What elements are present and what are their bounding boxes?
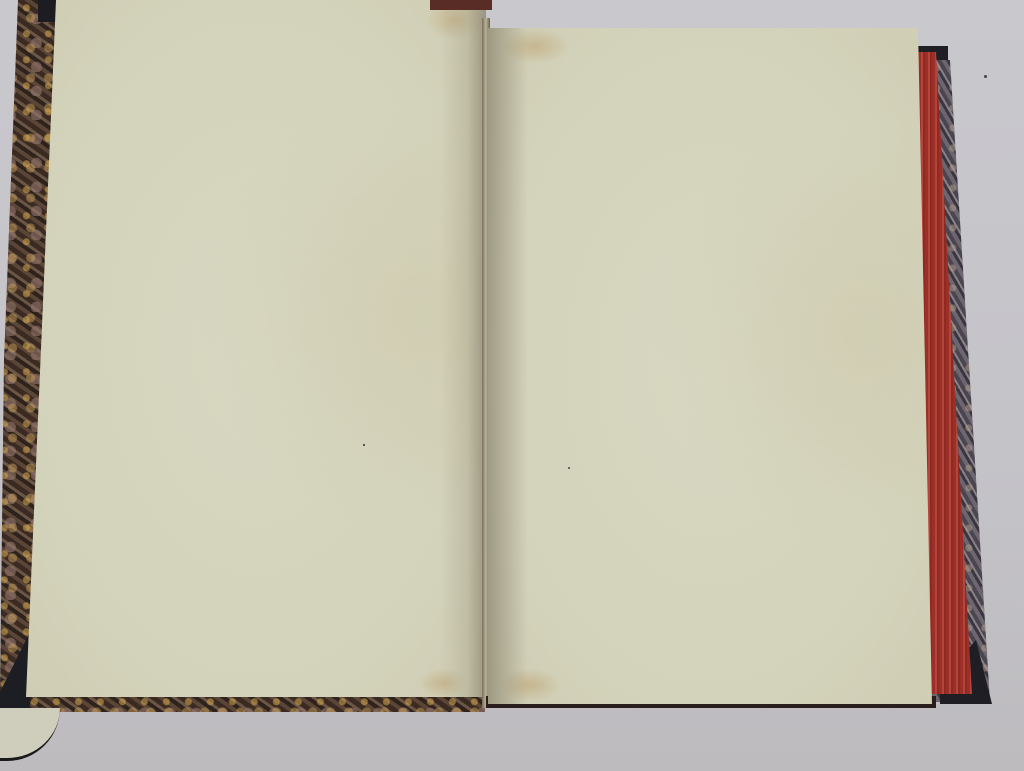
right-endpaper-page	[488, 28, 932, 704]
page-speck	[984, 75, 987, 78]
spine-top-cap	[430, 0, 492, 10]
left-endpaper-page	[26, 0, 484, 697]
page-speck	[568, 467, 570, 469]
right-page-gutter-shadow	[488, 28, 528, 704]
left-page-hinge-shadow	[440, 0, 486, 697]
page-speck	[363, 444, 365, 446]
